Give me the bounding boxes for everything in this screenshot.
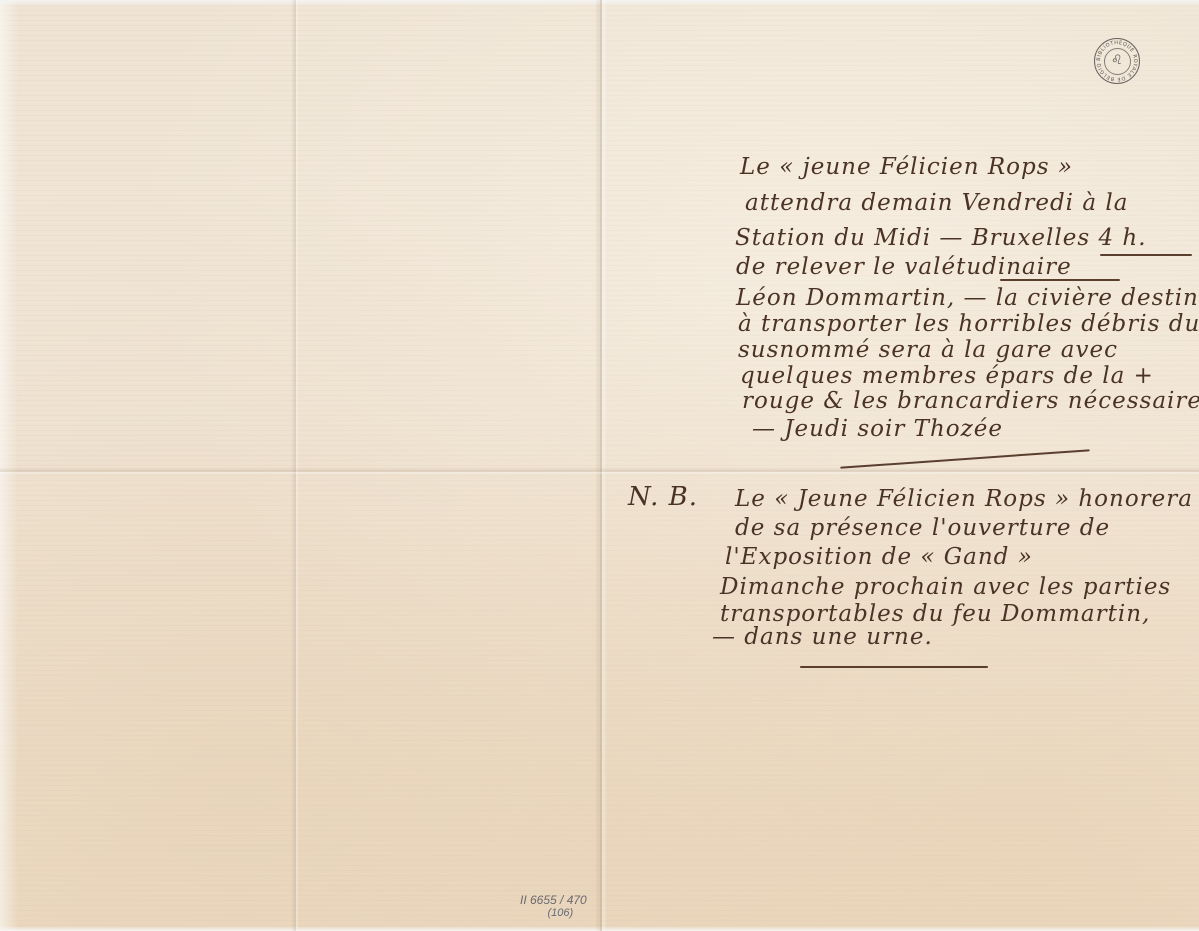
shelfmark-number: II 6655 / 470 [520, 893, 587, 907]
underline-rule [1100, 254, 1192, 256]
letter-page: BIBLIOTHÈQUE ROYALE DE BELGIQUE ♌ Le « j… [0, 0, 1199, 931]
letter-line: à transporter les horribles débris du [738, 311, 1199, 337]
library-stamp: BIBLIOTHÈQUE ROYALE DE BELGIQUE ♌ [1094, 38, 1140, 84]
letter-line: quelques membres épars de la + [740, 363, 1154, 389]
letter-line: Le « jeune Félicien Rops » [740, 154, 1073, 180]
postscript-label: N. B. [628, 484, 698, 510]
letter-signature-line: — Jeudi soir Thozée [752, 416, 1003, 442]
postscript-line: Dimanche prochain avec les parties [720, 574, 1171, 600]
shelfmark-sub: (106) [520, 907, 587, 920]
letter-line: de relever le valétudinaire [736, 254, 1072, 280]
fold-line-horizontal [0, 470, 1199, 472]
postscript-line: l'Exposition de « Gand » [725, 544, 1033, 570]
postscript-line: Le « Jeune Félicien Rops » honorera [735, 486, 1193, 512]
letter-line: rouge & les brancardiers nécessaires. [742, 388, 1199, 414]
archive-shelfmark: II 6655 / 470 (106) [520, 894, 587, 920]
letter-line: Station du Midi — Bruxelles 4 h. [735, 225, 1147, 251]
closing-rule [800, 666, 988, 668]
lion-seal-icon: ♌ [1111, 53, 1123, 69]
underline-rule [1000, 279, 1120, 281]
letter-line: Léon Dommartin, — la civière destinée [736, 285, 1199, 311]
flourish-rule [840, 449, 1089, 468]
stamp-inner-ring: ♌ [1104, 48, 1131, 75]
fold-line-vertical-left [294, 0, 296, 931]
letter-line: attendra demain Vendredi à la [745, 190, 1128, 216]
fold-line-vertical-center [600, 0, 602, 931]
letter-line: susnommé sera à la gare avec [738, 337, 1118, 363]
postscript-line: — dans une urne. [712, 624, 933, 650]
postscript-line: de sa présence l'ouverture de [735, 515, 1110, 541]
